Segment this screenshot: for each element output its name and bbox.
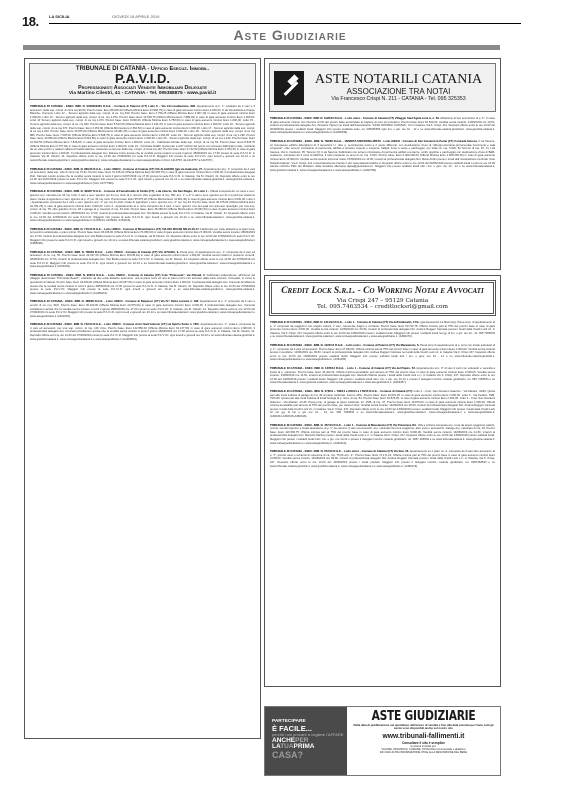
pavid-column: TRIBUNALE DI CATANIA - Ufficio Esecuz. I… bbox=[24, 58, 261, 739]
notice-heading: TRIBUNALE DI CATANIA - ESEC. IMM. N. 120… bbox=[270, 367, 416, 370]
credit-lock-header: Credit Lock S.r.l. - Co Working Notai e … bbox=[269, 280, 496, 316]
section-divider bbox=[23, 45, 500, 50]
header-rule bbox=[49, 23, 521, 24]
masthead: 18. LA SICILIA GIOVEDÌ 18 APRILE 2019 bbox=[22, 14, 500, 26]
notai-notices: TRIBUNALE DI CATANIA - ESEC. IMM. N. 102… bbox=[265, 116, 500, 174]
pavid-notices: TRIBUNALE DI CATANIA - ESEC. IMM. N. 903… bbox=[25, 104, 260, 343]
notai-subtitle: ASSOCIAZIONE TRA NOTAI bbox=[304, 87, 493, 96]
publication-date: GIOVEDÌ 18 APRILE 2019 bbox=[112, 14, 159, 19]
pavid-name: P.A.V.I.D. bbox=[31, 72, 254, 85]
gavel-icon bbox=[274, 71, 304, 105]
pavid-header: TRIBUNALE DI CATANIA - Ufficio Esecuz. I… bbox=[29, 63, 256, 100]
tribunali-fallimenti-ad: PARTECIPARE È FACILE... perché non prova… bbox=[264, 706, 501, 776]
auction-notice: TRIBUNALE DI CATANIA - ESEC. IMM. N. 715… bbox=[25, 227, 260, 248]
notice-body: Villetta composta da: un vano e serv. ig… bbox=[30, 190, 255, 222]
auction-notice: TRIBUNALE DI CATANIA - ESEC. IMM. N. 120… bbox=[265, 366, 500, 387]
auction-notice: TRIBUNALE DI CATANIA - ESEC. IMM. N. 102… bbox=[265, 116, 500, 137]
notice-body: Fabbricato per civile abitazione ai pian… bbox=[30, 228, 255, 245]
notice-body: Lotto 2 – Fraz. San Giovanni Galermo - V… bbox=[270, 390, 495, 418]
notice-body: Villa a schiera composta al p. terra da … bbox=[270, 424, 495, 445]
pavid-address: Via Martino Cilestri, 41 - CATANIA - Tel… bbox=[31, 91, 254, 96]
notai-title: ASTE NOTARILI CATANIA bbox=[304, 72, 493, 87]
ad-house-graphic: PARTECIPARE È FACILE... perché non prova… bbox=[265, 707, 347, 775]
auction-notice: TRIBUNALE DI CATANIA - ESEC. IMM. N. 785… bbox=[25, 250, 260, 271]
notice-heading: TRIBUNALE DI CATANIA - ESEC. IMM. N. 782… bbox=[270, 140, 478, 143]
notice-body: Piena prop. di appartamento al p. 1° com… bbox=[30, 251, 255, 268]
notice-heading: TRIBUNALE DI CATANIA - ESEC. IMM. N. 122… bbox=[270, 344, 419, 347]
ad-title: ASTE GIUDIZIARIE bbox=[363, 709, 484, 724]
auction-notice: TRIBUNALE DI CATANIA - ESEC. IMM. N. 457… bbox=[265, 423, 500, 448]
notai-column: ASTE NOTARILI CATANIA ASSOCIAZIONE TRA N… bbox=[264, 58, 501, 270]
auction-notice: TRIBUNALE DI CATANIA - ESEC. IMM. N. 902… bbox=[25, 273, 260, 298]
notai-address: Via Francesco Crispi N. 211 - CATANIA - … bbox=[304, 96, 493, 103]
notice-heading: TRIBUNALE DI CATANIA - ESEC. IMM. N. 378… bbox=[270, 390, 413, 393]
auction-notice: TRIBUNALE DI CATANIA - ESEC. IMM. N. 488… bbox=[25, 299, 260, 320]
ad-url-link[interactable]: www.tribunali-fallimenti.it bbox=[357, 731, 489, 741]
auction-notice: TRIBUNALE DI CATANIA - ESEC. IMM. N. 378… bbox=[265, 389, 500, 421]
publication-name: LA SICILIA bbox=[49, 14, 70, 19]
notice-heading: TRIBUNALE DI CATANIA - ESEC. IMM. N. 903… bbox=[30, 105, 196, 108]
section-title: Aste Giudiziarie bbox=[0, 27, 580, 43]
notice-body: Fabbricato indipendente, all'interno del… bbox=[30, 274, 255, 295]
auction-notice: TRIBUNALE DI CATANIA - ESEC. IMM. N. 289… bbox=[25, 167, 260, 188]
auction-notice: TRIBUNALE DI CATANIA - ESEC. IMM. N. 469… bbox=[25, 189, 260, 224]
auction-notice: TRIBUNALE DI CATANIA - ESEC. IMM. N. 782… bbox=[265, 139, 500, 174]
notice-heading: TRIBUNALE DI CATANIA - ESEC. IMM. N. 121… bbox=[270, 321, 420, 324]
notice-heading: TRIBUNALE DI CATANIA - ESEC. IMM. N. 488… bbox=[30, 300, 199, 303]
notice-body: Appartamento al p. 1° composto da 2 vani… bbox=[30, 168, 255, 185]
auction-notice: TRIBUNALE DI CATANIA - ESEC. IMM. N. 742… bbox=[25, 322, 260, 343]
notai-header: ASTE NOTARILI CATANIA ASSOCIAZIONE TRA N… bbox=[269, 63, 496, 112]
credit-lock-title: Credit Lock S.r.l. - Co Working Notai e … bbox=[273, 286, 492, 296]
credit-lock-column: Credit Lock S.r.l. - Co Working Notai e … bbox=[264, 275, 501, 687]
notice-body: C.da Savoca. A) Complesso edilizio alber… bbox=[270, 140, 495, 172]
credit-lock-notices: TRIBUNALE DI CATANIA - ESEC. IMM. N. 121… bbox=[265, 320, 500, 470]
ad-description: Dalla data di pubblicazione sul quotidia… bbox=[350, 724, 497, 731]
auction-notice: TRIBUNALE DI CATANIA - ESEC. IMM. N. 903… bbox=[25, 104, 260, 165]
notice-heading: TRIBUNALE DI CATANIA - ESEC. IMM. N. 672… bbox=[270, 450, 409, 453]
notice-body: Appartamento al p. 1° costituito da 3 va… bbox=[30, 105, 255, 162]
credit-lock-contact: Tel. 095.7463534 – creditlocksrl@gmail.c… bbox=[273, 304, 492, 310]
auction-notice: TRIBUNALE DI CATANIA - ESEC. IMM. N. 122… bbox=[265, 343, 500, 364]
notice-heading: TRIBUNALE DI CATANIA - ESEC. IMM. N. 102… bbox=[270, 117, 440, 120]
auction-notice: TRIBUNALE DI CATANIA - ESEC. IMM. N. 121… bbox=[265, 320, 500, 341]
notice-heading: TRIBUNALE DI CATANIA - ESEC. IMM. N. 742… bbox=[30, 323, 200, 326]
auction-notice: TRIBUNALE DI CATANIA - ESEC. IMM. N. 672… bbox=[265, 449, 500, 470]
